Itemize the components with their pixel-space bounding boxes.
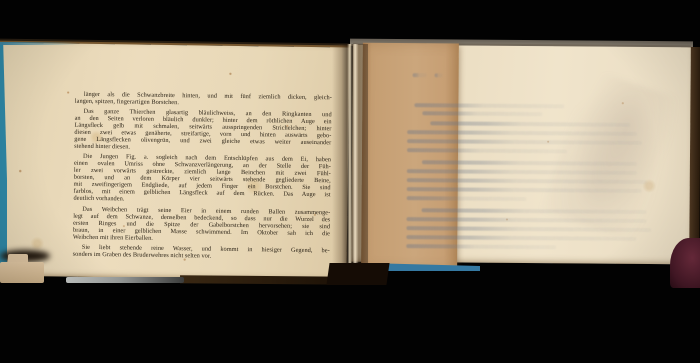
bleed-line (413, 73, 427, 77)
paragraph: länger als die Schwanzbreite hinten, und… (75, 91, 332, 109)
paragraph: Die Jungen Fig. a. sogleich nach dem Ent… (73, 153, 331, 206)
page-clip-base (0, 262, 44, 283)
spine-shadow-bottom (326, 263, 389, 285)
paragraph: Das ganze Thierchen glasartig bläulichwe… (74, 108, 332, 154)
bleed-line (435, 73, 443, 77)
photo-of-open-book: länger als die Schwanzbreite hinten, und… (0, 0, 700, 363)
paragraph: Das Weibchen trägt seine Eier in einem r… (73, 205, 330, 244)
page-clip (0, 252, 46, 284)
right-page (351, 45, 691, 265)
book-cover-bottom-edge (180, 275, 346, 284)
left-page: länger als die Schwanzbreite hinten, und… (0, 42, 350, 280)
bleed-line (430, 121, 630, 127)
left-page-text: länger als die Schwanzbreite hinten, und… (73, 91, 332, 265)
teal-backdrop-topline (0, 42, 78, 45)
paragraph: Sie liebt stehende reine Wasser, und kom… (73, 243, 330, 261)
book-gutter (332, 44, 368, 278)
table-edge-highlight (66, 277, 184, 283)
maroon-object (670, 238, 700, 288)
